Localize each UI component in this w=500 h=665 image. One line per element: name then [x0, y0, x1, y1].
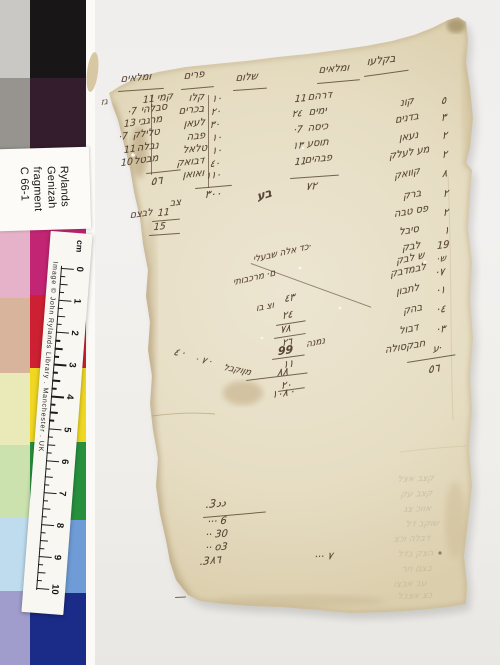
- handwriting-item: קונ: [400, 97, 414, 110]
- handwriting-item: 15: [153, 222, 166, 233]
- handwriting-item: ٥٦: [428, 362, 440, 375]
- handwriting-item: ·٣: [437, 325, 446, 336]
- ghost-text-line: שוקב דל: [405, 520, 439, 530]
- handwriting-item: טלילק: [133, 127, 160, 141]
- patch-maroon: [30, 78, 86, 150]
- handwriting-item: ٣٠٠: [204, 189, 222, 201]
- patch-gray: [0, 78, 30, 155]
- handwriting-item: לתבון: [396, 283, 420, 298]
- handwriting-item: ٣٠: [209, 120, 220, 131]
- ruler-tick: [47, 452, 52, 454]
- handwriting-item: נעאן: [399, 131, 419, 145]
- handwriting-item: לעאן: [183, 118, 205, 130]
- ruler-tick: [41, 524, 54, 526]
- handwriting-item: לבצם: [130, 208, 153, 221]
- handwriting-item: ואואן: [182, 169, 204, 181]
- handwriting-item: דרהם: [307, 90, 332, 103]
- ruler-number: 6: [59, 455, 72, 468]
- ink-line: [175, 596, 186, 598]
- handwriting-item: ٨: [442, 169, 447, 180]
- handwriting-item: ·٤: [437, 305, 446, 316]
- handwriting-item: ··· 6: [207, 517, 227, 528]
- handwriting-item: צב: [170, 197, 181, 208]
- ruler-tick: [39, 548, 44, 550]
- ghost-text-line: הצק בדל: [397, 550, 434, 560]
- handwriting-item: ·7: [293, 125, 303, 135]
- handwriting-item: דבול: [399, 323, 419, 337]
- ruler-tick: [44, 484, 49, 486]
- handwriting-item: נמנה: [306, 337, 325, 350]
- ghost-text-line: כצ אצבל: [397, 592, 433, 602]
- ruler-tick: [40, 532, 45, 534]
- ruler-tick: [46, 460, 59, 462]
- handwriting-item: וצ בו: [256, 302, 274, 315]
- ruler-number: 4: [64, 391, 77, 404]
- handwriting-item: סיבל: [399, 224, 419, 238]
- ghost-text-line: בצם חר: [401, 565, 432, 575]
- handwriting-item: ומלאים: [318, 63, 349, 76]
- handwriting-item: ٢: [442, 131, 447, 142]
- handwriting-item: ٤٣: [284, 293, 295, 305]
- ruler-number: 5: [61, 423, 74, 436]
- ruler-tick: [45, 468, 50, 470]
- ruler-number: 9: [51, 551, 64, 564]
- shelfmark-line: C 66-1: [16, 167, 31, 212]
- shelfmark-line: fragment: [29, 167, 44, 212]
- handwriting-item: בדנים: [395, 112, 419, 126]
- ghost-text-line: דבלה וכצ: [393, 535, 431, 545]
- handwriting-item: מבטל: [134, 154, 159, 168]
- handwriting-item: כד אלה שבעלי·: [253, 243, 312, 266]
- ruler-tick: [61, 268, 74, 270]
- handwriting-item: חבקסולה: [385, 339, 425, 356]
- handwriting-item: פס טבה: [394, 204, 428, 220]
- handwriting-item: ·· o3: [205, 542, 228, 554]
- ruler-number: 3: [66, 359, 79, 372]
- handwriting-item: ٢٤: [291, 109, 302, 119]
- patch-black: [30, 0, 86, 78]
- shelfmark-line: Rylands: [56, 166, 71, 211]
- ruler-number: 1: [71, 295, 84, 308]
- ink-line: [118, 88, 164, 93]
- handwriting-item: ٥: [441, 96, 446, 107]
- handwriting-item: קלו: [188, 92, 204, 104]
- handwriting-item: ١٠: [211, 94, 222, 105]
- handwriting-item: ·ש: [437, 255, 446, 265]
- ruler-tick: [43, 500, 48, 502]
- handwriting-item: ·٧: [436, 268, 445, 279]
- handwriting-item: ·· 30: [205, 529, 228, 541]
- ruler-tick: [49, 420, 54, 422]
- handwriting-item: .3دد: [205, 497, 226, 510]
- ghost-text-line: עב אבצו: [393, 580, 427, 590]
- ruler-tick: [59, 292, 64, 294]
- handwriting-item: 99: [278, 344, 293, 357]
- ruler-tick: [48, 436, 53, 438]
- ruler-tick: [55, 340, 60, 342]
- handwriting-item: ٧٨: [280, 324, 291, 336]
- handwriting-item: ٢٤: [282, 310, 293, 322]
- handwriting-item: שלום: [235, 72, 258, 84]
- ruler-tick: [50, 404, 55, 406]
- ink-line: [149, 233, 180, 236]
- ruler-unit-label: cm: [74, 240, 85, 253]
- handwriting-item: ע·: [433, 344, 442, 355]
- ruler-tick: [58, 300, 71, 302]
- handwriting-item: ١: [444, 226, 449, 237]
- handwriting-item: ٢: [443, 189, 448, 200]
- ruler-tick: [51, 396, 64, 398]
- handwriting-item: 19: [437, 240, 450, 252]
- ruler-tick: [58, 308, 63, 310]
- ruler-number: 10: [49, 583, 62, 596]
- handwriting-item: ומלאים: [120, 72, 151, 85]
- handwriting-item: ٢: [443, 208, 448, 219]
- handwriting-item: בקלעו: [367, 53, 396, 67]
- handwriting-item: תוסע: [306, 138, 328, 150]
- handwriting-item: ٧٢: [305, 181, 317, 192]
- handwriting-item: 11: [157, 208, 170, 219]
- handwriting-item: ·١: [437, 286, 446, 297]
- handwriting-item: ٤ ·: [172, 348, 187, 360]
- ruler-tick: [53, 372, 58, 374]
- ruler-tick: [49, 428, 62, 430]
- ruler-tick: [44, 492, 57, 494]
- ink-line: [208, 95, 209, 188]
- handwriting-item: 11: [294, 94, 307, 105]
- handwriting-item: ٥٦: [150, 175, 162, 187]
- handwriting-item: ·7: [128, 107, 137, 118]
- handwriting-item: ·7: [119, 132, 128, 143]
- shelfmark-line: Genizah: [43, 166, 58, 211]
- handwriting-item: · ٧ ·: [194, 356, 213, 368]
- ruler-tick: [60, 276, 65, 278]
- digitized-manuscript-photo: ומלאיםפריםשלוםומלאיםבקלעו11קמי·7סבלהי13מ…: [0, 0, 500, 665]
- ruler-number: 8: [54, 519, 67, 532]
- ghost-text-line: קצב עק: [400, 490, 433, 500]
- handwriting-item: ברק: [403, 189, 421, 202]
- ruler-tick: [54, 356, 59, 358]
- handwriting-item: פבה: [186, 131, 205, 143]
- handwriting-item: פבהים: [304, 153, 332, 166]
- handwriting-item: ١٠: [211, 146, 222, 157]
- ink-line: [151, 96, 152, 175]
- ruler-tick: [52, 388, 57, 390]
- ruler-tick: [56, 332, 69, 334]
- ruler-tick: [42, 516, 47, 518]
- handwriting-item: ٢٠: [210, 107, 221, 118]
- ink-line: [290, 175, 339, 180]
- ruler-number: 0: [73, 263, 86, 276]
- handwriting-item: 13: [124, 118, 136, 129]
- patch-light-gray: [0, 0, 30, 78]
- handwriting-item: בהק: [403, 303, 423, 317]
- handwriting-item: 10: [121, 157, 133, 168]
- shelfmark-text: RylandsGenizahfragmentC 66-1: [16, 166, 71, 212]
- handwriting-item: ١٠: [211, 133, 222, 144]
- handwriting-item: ם· מרכבותי: [233, 269, 276, 288]
- ruler-tick: [53, 364, 66, 366]
- handwriting-item: ٤٠: [209, 159, 220, 170]
- handwriting-item: בע: [256, 186, 272, 203]
- handwriting-item: פרים: [183, 70, 204, 82]
- handwriting-item: ١٣: [292, 141, 303, 151]
- ruler-tick: [36, 588, 49, 590]
- handwriting-item: גז: [101, 98, 108, 108]
- ruler-tick: [37, 580, 42, 582]
- handwriting-item: קוואק: [394, 167, 420, 183]
- ruler-number: 2: [68, 327, 81, 340]
- patch-pale-yellow: [0, 373, 30, 445]
- handwriting-item: ימים: [308, 106, 326, 118]
- ruler-tick: [57, 324, 62, 326]
- ink-line: [181, 86, 214, 90]
- handwriting-item: 11: [124, 144, 136, 155]
- ruler-tick: [39, 556, 52, 558]
- patch-pink: [0, 222, 30, 298]
- handwriting-item: כיסה: [307, 122, 328, 134]
- ruler-tick: [38, 564, 43, 566]
- handwriting-item: בכרים: [178, 104, 204, 117]
- ghost-text-line: קצב אצל: [397, 475, 434, 485]
- handwriting-item: מןוקבל: [222, 364, 252, 378]
- patch-tan: [0, 298, 30, 373]
- handwriting-item: .3٨٦: [199, 555, 221, 568]
- ink-line: [317, 79, 360, 84]
- ghost-text-line: אווכ צג: [403, 505, 432, 515]
- ruler-number: 7: [56, 487, 69, 500]
- patch-light-green: [0, 445, 30, 518]
- handwriting-item: מע לעלק: [389, 145, 430, 162]
- archive-label: RylandsGenizahfragmentC 66-1: [0, 147, 91, 232]
- ink-line: [233, 88, 267, 92]
- handwriting-item: ··· ٧: [314, 552, 333, 563]
- handwriting-item: ٣: [441, 113, 446, 124]
- handwriting-item: ٢: [442, 150, 447, 161]
- ink-line: [364, 70, 409, 78]
